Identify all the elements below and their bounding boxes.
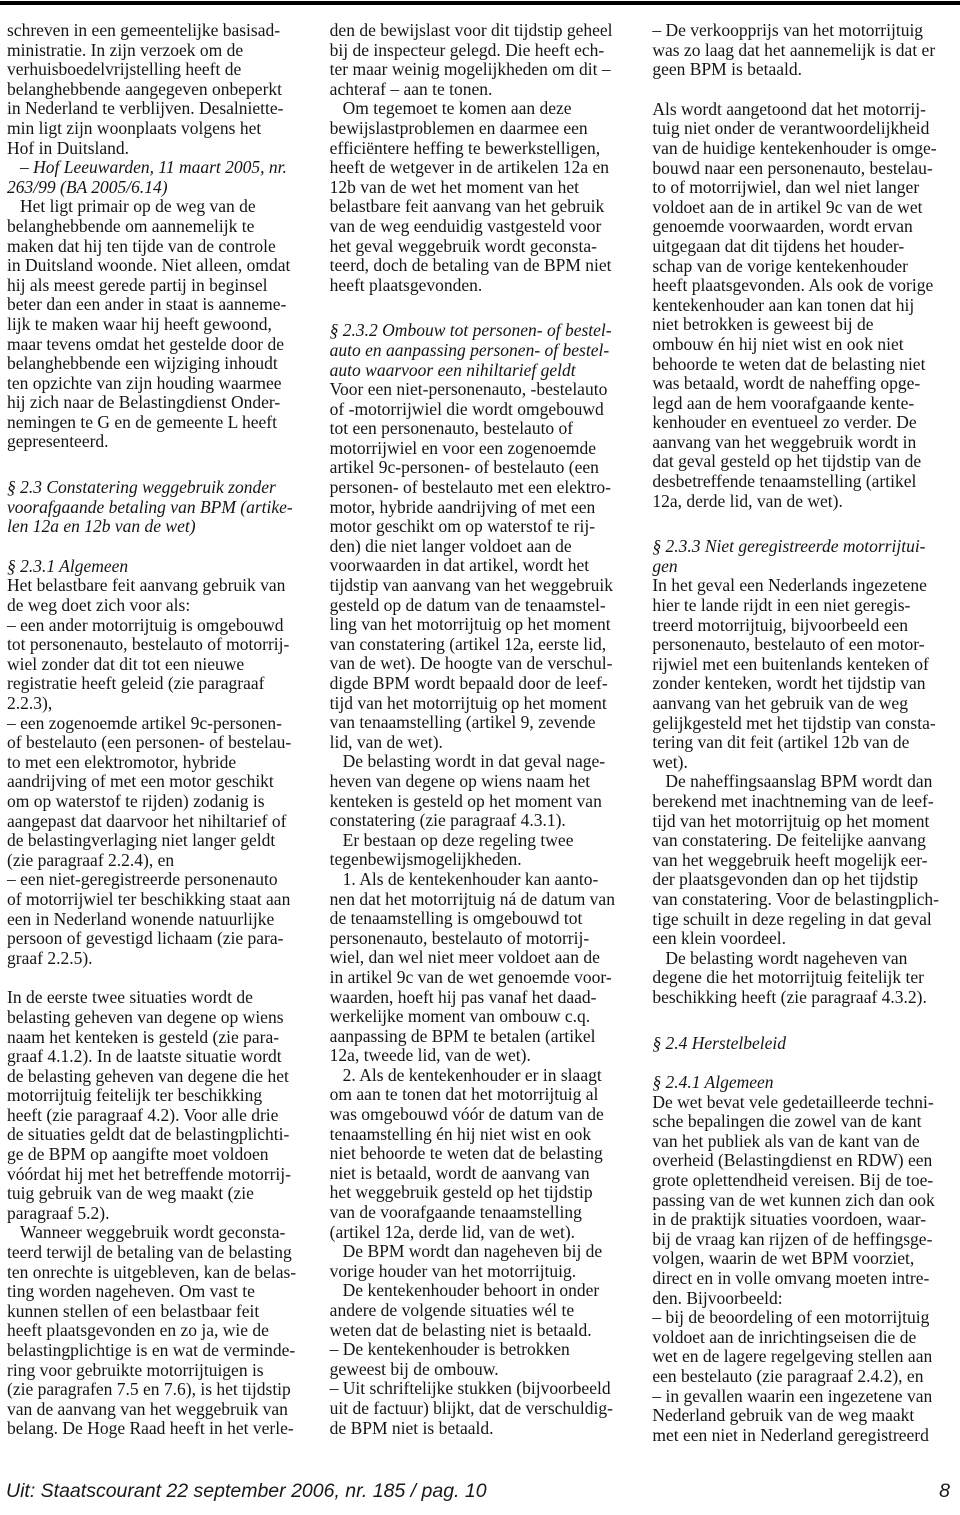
paragraph: Als wordt aangetoond dat het motorrij- t…: [652, 100, 951, 511]
paragraph: Er bestaan op deze regeling twee tegenbe…: [330, 831, 629, 870]
section-heading: § 2.4 Herstelbeleid: [652, 1034, 951, 1054]
paragraph: den de bewijslast voor dit tijdstip gehe…: [330, 21, 629, 99]
paragraph: 2. Als de kentekenhouder er in slaagt om…: [330, 1066, 629, 1242]
paragraph: Om tegemoet te komen aan deze bewijslast…: [330, 99, 629, 295]
text-column: – De verkoopprijs van het motorrijtuig w…: [652, 21, 951, 1445]
case-citation: – Hof Leeuwarden, 11 maart 2005, nr. 263…: [7, 158, 306, 197]
paragraph: Het belastbare feit aanvang gebruik van …: [7, 576, 306, 968]
paragraph: De BPM wordt dan nageheven bij de vorige…: [330, 1242, 629, 1281]
paragraph: Voor een niet-personenauto, -bestelauto …: [330, 380, 629, 752]
paragraph: 1. Als de kentekenhouder kan aanto- nen …: [330, 870, 629, 1066]
section-heading: § 2.3 Constatering weggebruik zonder voo…: [7, 478, 306, 537]
paragraph: – De verkoopprijs van het motorrijtuig w…: [652, 21, 951, 80]
section-heading: § 2.3.1 Algemeen: [7, 557, 306, 577]
paragraph: In het geval een Nederlands ingezetene h…: [652, 576, 951, 772]
paragraph: De kentekenhouder behoort in onder ander…: [330, 1281, 629, 1340]
document-page: schreven in een gemeentelijke basisad- m…: [0, 0, 960, 1515]
page-footer: Uit: Staatscourant 22 september 2006, nr…: [6, 1480, 950, 1503]
paragraph: Wanneer weggebruik wordt geconsta- teerd…: [7, 1223, 306, 1439]
section-heading: § 2.3.3 Niet geregistreerde motorrijtui-…: [652, 537, 951, 576]
section-heading: § 2.3.2 Ombouw tot personen- of bestel- …: [330, 321, 629, 380]
source-citation: Uit: Staatscourant 22 september 2006, nr…: [6, 1480, 487, 1503]
paragraph: De belasting wordt nageheven van degene …: [652, 949, 951, 1008]
column-layout: schreven in een gemeentelijke basisad- m…: [7, 21, 951, 1445]
paragraph: schreven in een gemeentelijke basisad- m…: [7, 21, 306, 158]
section-heading: § 2.4.1 Algemeen: [652, 1073, 951, 1093]
text-column: schreven in een gemeentelijke basisad- m…: [7, 21, 306, 1445]
paragraph: In de eerste twee situaties wordt de bel…: [7, 988, 306, 1223]
page-number: 8: [939, 1480, 950, 1503]
paragraph: De naheffingsaanslag BPM wordt dan berek…: [652, 772, 951, 948]
paragraph: De belasting wordt in dat geval nage- he…: [330, 752, 629, 830]
text-column: den de bewijslast voor dit tijdstip gehe…: [330, 21, 629, 1445]
paragraph: De wet bevat vele gedetailleerde techni-…: [652, 1093, 951, 1446]
top-rule: [0, 1, 960, 5]
paragraph: – De kentekenhouder is betrokken geweest…: [330, 1340, 629, 1438]
paragraph: Het ligt primair op de weg van de belang…: [7, 197, 306, 452]
